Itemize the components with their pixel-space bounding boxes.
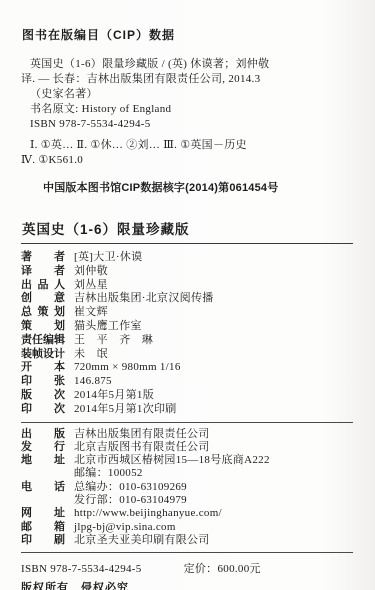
publishing-row: 网址http://www.beijinghanyue.com/ <box>21 507 353 520</box>
publishing-label: 网址 <box>21 507 65 520</box>
credit-label: 总策划 <box>21 306 65 320</box>
footer-divider <box>21 552 353 553</box>
credit-label: 策划 <box>21 320 65 334</box>
credit-value: 猫头鹰工作室 <box>74 320 142 334</box>
publishing-label: 发行 <box>21 441 65 454</box>
credit-value: 720mm × 980mm 1/16 <box>74 361 181 375</box>
publishing-value: 邮编：100052 <box>74 467 143 480</box>
credit-row: 责任编辑王 平 齐 琳 <box>21 334 353 348</box>
publishing-value: 总编办：010-63109269 <box>74 481 187 494</box>
credit-value: 未 氓 <box>74 348 108 362</box>
credit-label: 著者 <box>21 251 65 265</box>
cip-record-line: 英国史（1-6）限量珍藏版 / (英) 休谟著；刘仲敬 <box>21 57 353 72</box>
publishing-row: 电话总编办：010-63109269 <box>21 481 353 494</box>
credit-value: 146.875 <box>74 375 112 389</box>
copyright-notice: 版权所有 侵权必究 <box>21 579 353 590</box>
cip-record-line: 译. — 长春：吉林出版集团有限责任公司, 2014.3 <box>21 72 353 87</box>
publishing-value: 发行部：010-63104979 <box>74 494 187 507</box>
publishing-label: 出版 <box>21 428 65 441</box>
publishing-label: 地址 <box>21 454 65 467</box>
cip-registry-number: 中国版本图书馆CIP数据核字(2014)第061454号 <box>21 179 353 195</box>
publishing-row: 邮编：100052 <box>21 467 353 480</box>
credit-value: 2014年5月第1次印刷 <box>74 403 177 417</box>
publishing-value: 北京吉版图书有限责任公司 <box>74 441 210 454</box>
credit-row: 印张146.875 <box>21 375 353 389</box>
credit-value: [英]大卫·休谟 <box>74 251 142 265</box>
credit-row: 创意吉林出版集团·北京汉阅传播 <box>21 292 353 306</box>
credit-label: 出品人 <box>21 279 65 293</box>
credit-row: 装帧设计未 氓 <box>21 348 353 362</box>
credit-label: 责任编辑 <box>21 334 65 348</box>
credit-value: 王 平 齐 琳 <box>74 334 153 348</box>
publishing-row: 印刷北京圣夫亚美印刷有限公司 <box>21 534 353 547</box>
credit-value: 吉林出版集团·北京汉阅传播 <box>74 292 214 306</box>
book-title: 英国史（1-6）限量珍藏版 <box>22 218 353 238</box>
cip-record-line: （史家名著） <box>21 87 353 102</box>
publishing-row: 地址北京市西城区椿树园15—18号底商A222 <box>21 454 353 467</box>
cip-classification-block: Ⅰ. ①英… Ⅱ. ①休… ②刘… Ⅲ. ①英国－历史 Ⅳ. ①K561.0 <box>21 138 353 168</box>
credit-row: 开本720mm × 980mm 1/16 <box>21 361 353 375</box>
publishing-label: 印刷 <box>21 534 65 547</box>
cip-record-line: 书名原文: History of England <box>21 102 353 117</box>
publishing-value: http://www.beijinghanyue.com/ <box>74 507 222 520</box>
credit-label: 版次 <box>21 389 65 403</box>
publishing-list: 出版吉林出版集团有限责任公司 发行北京吉版图书有限责任公司 地址北京市西城区椿树… <box>21 428 353 548</box>
publishing-row: 发行北京吉版图书有限责任公司 <box>21 441 353 454</box>
cip-isbn-line: ISBN 978-7-5534-4294-5 <box>21 117 353 132</box>
cip-heading: 图书在版编目（CIP）数据 <box>22 26 353 43</box>
credit-row: 印次2014年5月第1次印刷 <box>21 403 353 417</box>
cip-record-block: 英国史（1-6）限量珍藏版 / (英) 休谟著；刘仲敬 译. — 长春：吉林出版… <box>21 57 353 132</box>
credit-label: 印张 <box>21 375 65 389</box>
publishing-value: 北京市西城区椿树园15—18号底商A222 <box>74 454 270 467</box>
credit-row: 出品人刘丛星 <box>21 279 353 293</box>
publishing-label <box>21 467 65 480</box>
credit-label: 装帧设计 <box>21 348 65 362</box>
publishing-value: 吉林出版集团有限责任公司 <box>74 428 210 441</box>
credit-label: 印次 <box>21 403 65 417</box>
credit-label: 创意 <box>21 292 65 306</box>
copyright-page: 图书在版编目（CIP）数据 英国史（1-6）限量珍藏版 / (英) 休谟著；刘仲… <box>0 0 375 590</box>
credit-value: 崔文辉 <box>74 306 108 320</box>
publishing-row: 发行部：010-63104979 <box>21 494 353 507</box>
publishing-label: 电话 <box>21 481 65 494</box>
isbn-number: ISBN 978-7-5534-4294-5 <box>21 563 142 575</box>
isbn-price-row: ISBN 978-7-5534-4294-5定价：600.00元 <box>21 561 353 577</box>
section-divider <box>21 422 353 423</box>
cip-classification-line: Ⅰ. ①英… Ⅱ. ①休… ②刘… Ⅲ. ①英国－历史 <box>21 138 353 153</box>
publishing-row: 出版吉林出版集团有限责任公司 <box>21 428 353 441</box>
credit-row: 策划猫头鹰工作室 <box>21 320 353 334</box>
publishing-label: 邮箱 <box>21 521 65 534</box>
price: 定价：600.00元 <box>184 563 261 575</box>
credit-row: 版次2014年5月第1版 <box>21 389 353 403</box>
publishing-label <box>21 494 65 507</box>
credit-row: 译者刘仲敬 <box>21 265 353 279</box>
credit-value: 刘丛星 <box>74 279 108 293</box>
publishing-row: 邮箱jlpg-bj@vip.sina.com <box>21 521 353 534</box>
credit-row: 著者[英]大卫·休谟 <box>21 251 353 265</box>
credit-value: 刘仲敬 <box>74 265 108 279</box>
credit-value: 2014年5月第1版 <box>74 389 154 403</box>
publishing-value: 北京圣夫亚美印刷有限公司 <box>74 534 210 547</box>
credits-list: 著者[英]大卫·休谟 译者刘仲敬 出品人刘丛星 创意吉林出版集团·北京汉阅传播 … <box>21 251 353 417</box>
title-divider <box>21 243 353 244</box>
credit-label: 译者 <box>21 265 65 279</box>
cip-classification-line: Ⅳ. ①K561.0 <box>21 153 353 168</box>
credit-label: 开本 <box>21 361 65 375</box>
publishing-value: jlpg-bj@vip.sina.com <box>74 521 176 534</box>
credit-row: 总策划崔文辉 <box>21 306 353 320</box>
